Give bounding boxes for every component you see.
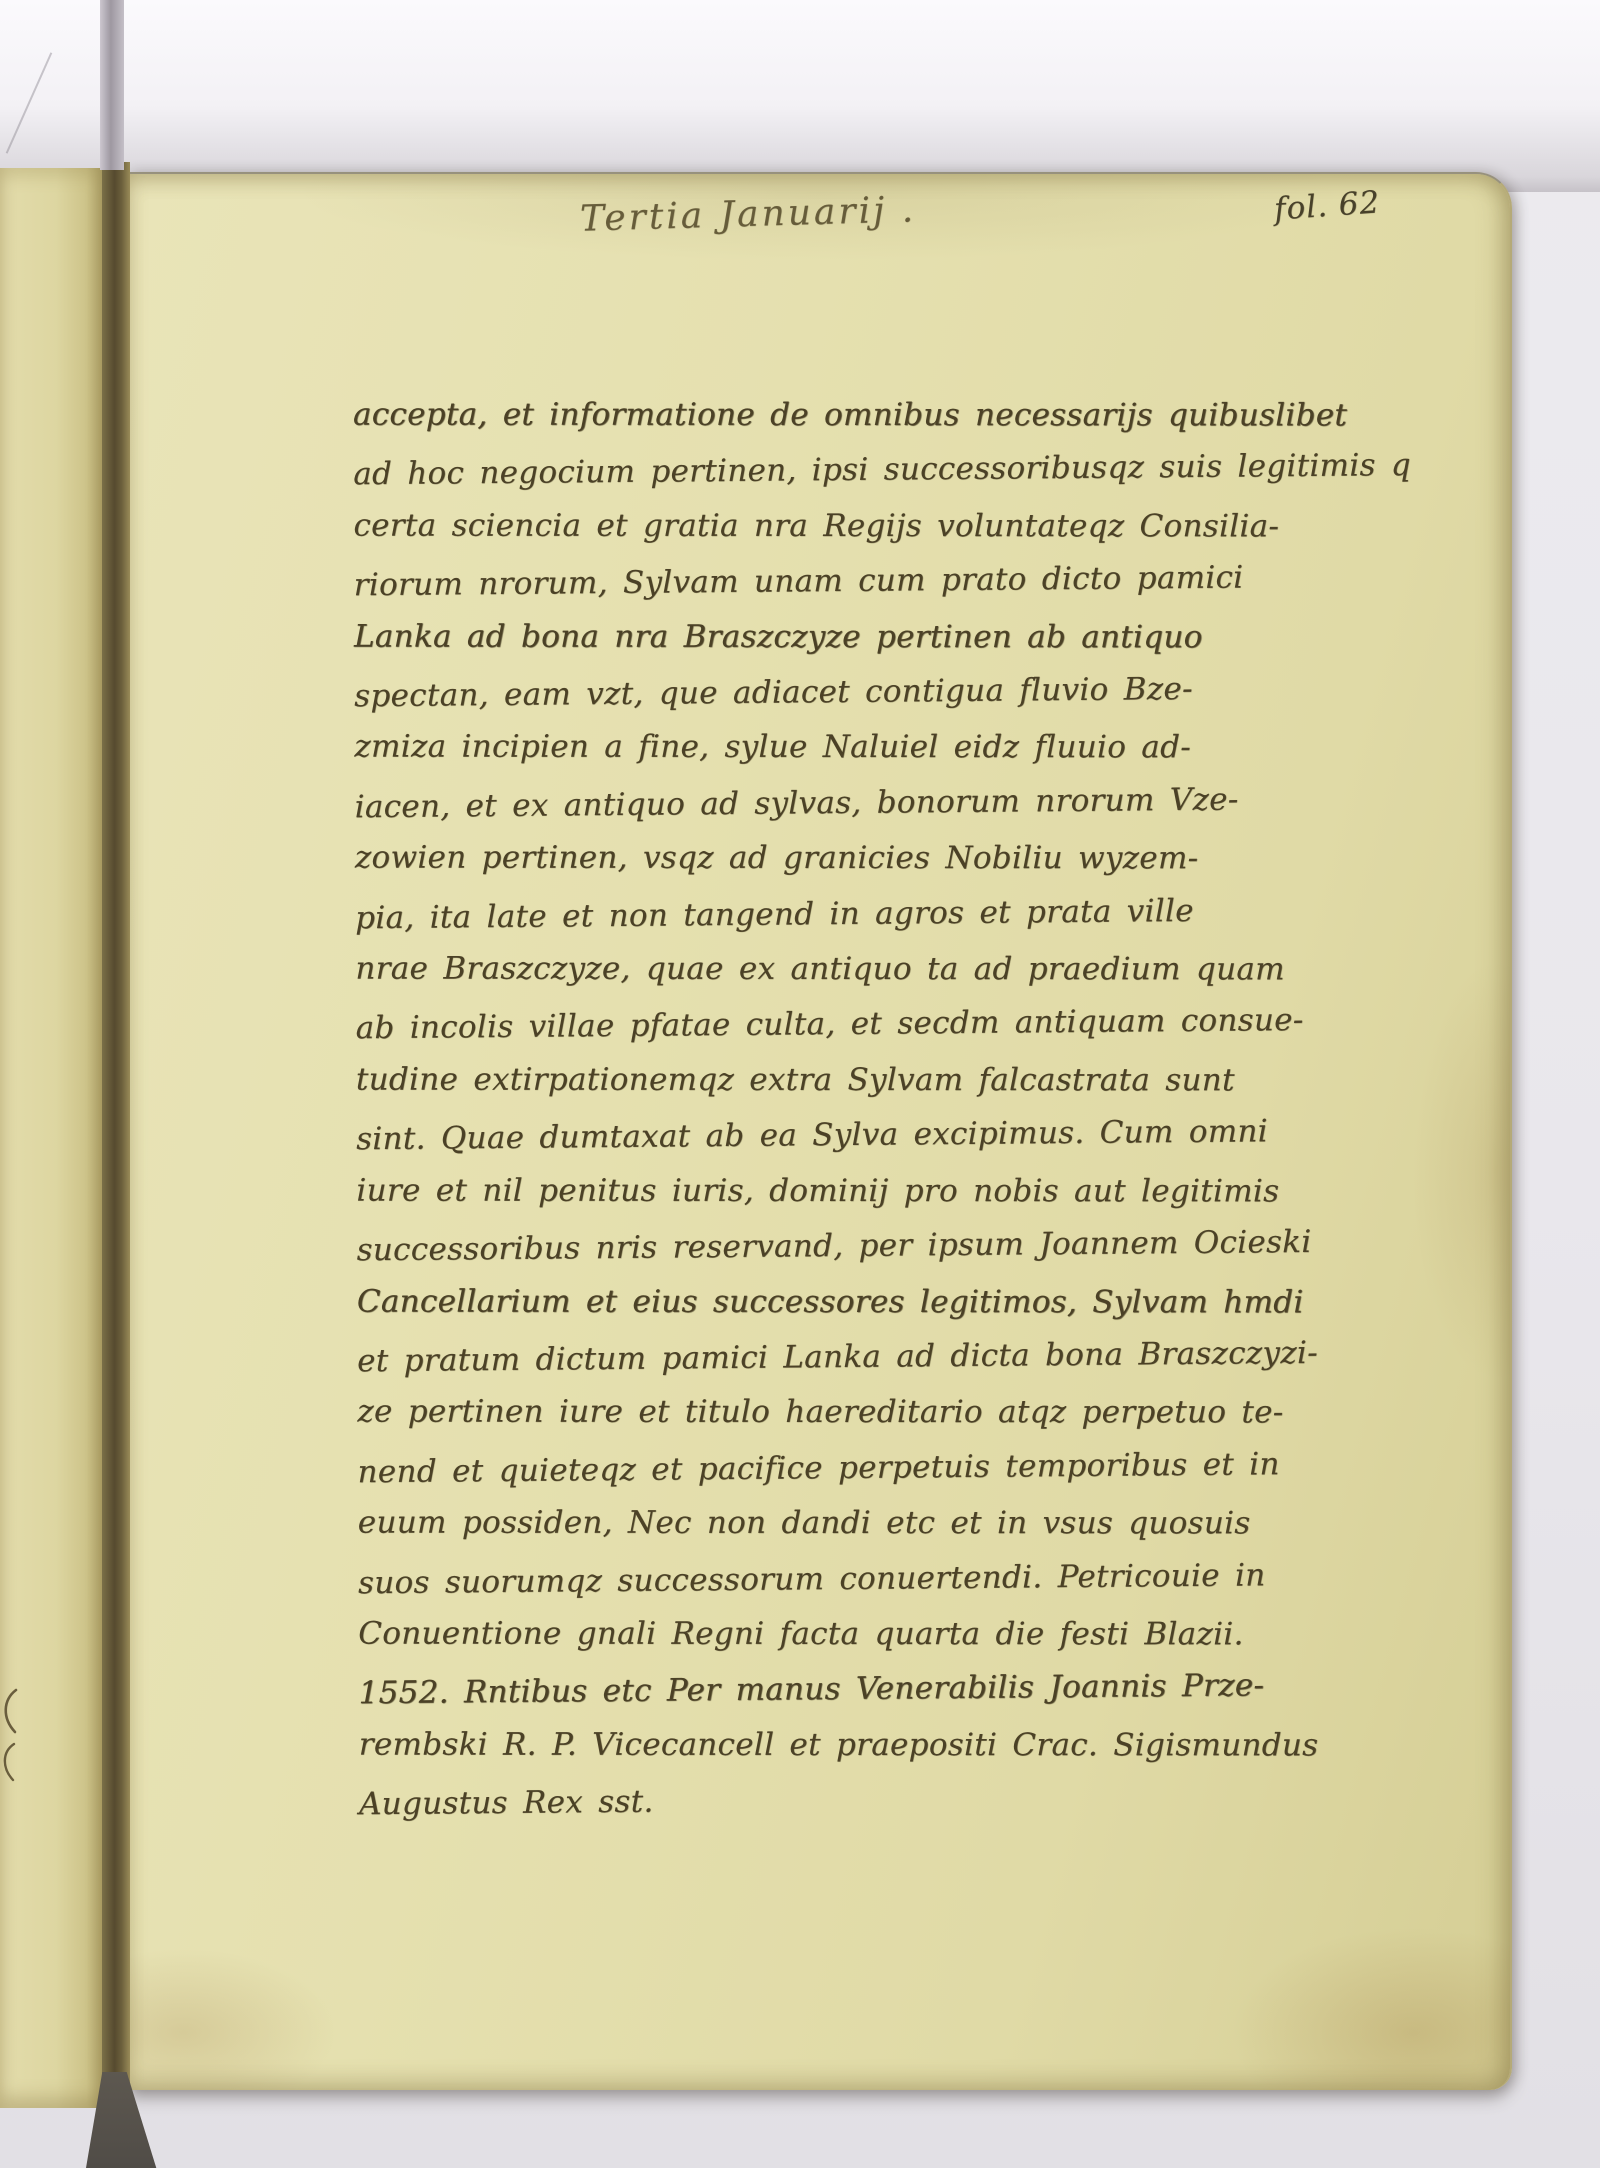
manuscript-line: ze pertinen iure et titulo haereditario … (357, 1385, 1337, 1441)
manuscript-line: iacen, et ex antiquo ad sylvas, bonorum … (354, 772, 1334, 836)
manuscript-page: Tertia Januarij . fol. 62 accepta, et in… (128, 172, 1512, 2090)
facing-page-edge (0, 168, 102, 2108)
manuscript-line: ab incolis villae pfatae culta, et secdm… (355, 993, 1335, 1057)
book-gutter (102, 162, 130, 2092)
gutter-top-shadow (100, 0, 124, 170)
backing-sheet (0, 0, 1600, 192)
manuscript-line: nend et quieteqz et pacifice perpetuis t… (357, 1436, 1337, 1500)
manuscript-line: spectan, eam vzt, que adiacet contigua f… (354, 661, 1334, 725)
ink-flourish-icon (0, 1742, 18, 1782)
manuscript-line: suos suorumqz successorum conuertendi. P… (358, 1547, 1338, 1611)
running-title: Tertia Januarij . (579, 189, 916, 239)
manuscript-line: iure et nil penitus iuris, dominij pro n… (356, 1163, 1336, 1219)
manuscript-line: tudine extirpationemqz extra Sylvam falc… (356, 1052, 1336, 1108)
manuscript-line: ad hoc negocium pertinen, ipsi successor… (353, 439, 1333, 503)
manuscript-line: zmiza incipien a fine, sylue Naluiel eid… (354, 720, 1334, 776)
folio-number: fol. 62 (1273, 184, 1381, 227)
manuscript-line: nrae Braszczyze, quae ex antiquo ta ad p… (355, 942, 1335, 998)
manuscript-photo: Tertia Januarij . fol. 62 accepta, et in… (0, 0, 1600, 2168)
manuscript-text-block: accepta, et informatione de omnibus nece… (353, 386, 1339, 1831)
manuscript-line: rembski R. P. Vicecancell et praepositi … (359, 1717, 1339, 1773)
manuscript-line: sint. Quae dumtaxat ab ea Sylva excipimu… (356, 1104, 1336, 1168)
manuscript-line: euum possiden, Nec non dandi etc et in v… (358, 1496, 1338, 1552)
manuscript-line: riorum nrorum, Sylvam unam cum prato dic… (353, 550, 1333, 614)
ink-flourish-icon (0, 1688, 20, 1734)
manuscript-line: certa sciencia et gratia nra Regijs volu… (353, 498, 1333, 554)
manuscript-line: Conuentione gnali Regni facta quarta die… (358, 1607, 1338, 1663)
manuscript-line: 1552. Rntibus etc Per manus Venerabilis … (358, 1658, 1338, 1722)
manuscript-line: Lanka ad bona nra Braszczyze pertinen ab… (354, 609, 1334, 665)
manuscript-line: et pratum dictum pamici Lanka ad dicta b… (357, 1326, 1337, 1390)
manuscript-line: Augustus Rex sst. (359, 1769, 1339, 1833)
manuscript-line: Cancellarium et eius successores legitim… (357, 1274, 1337, 1330)
manuscript-line: zowien pertinen, vsqz ad granicies Nobil… (355, 831, 1335, 887)
manuscript-line: pia, ita late et non tangend in agros et… (355, 882, 1335, 946)
manuscript-line: accepta, et informatione de omnibus nece… (353, 388, 1333, 444)
manuscript-line: successoribus nris reservand, per ipsum … (356, 1215, 1336, 1279)
